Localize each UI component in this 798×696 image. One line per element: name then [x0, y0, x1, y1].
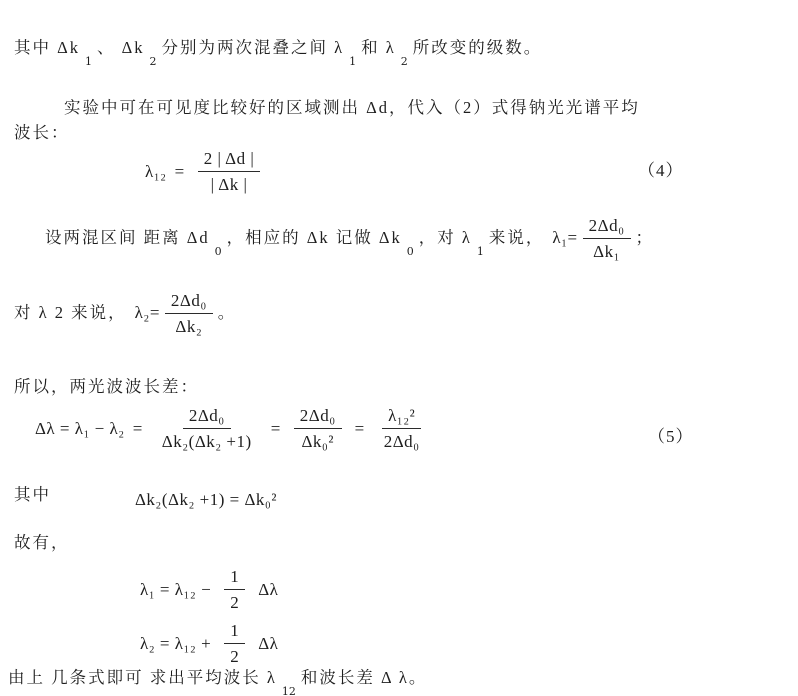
formula-4: λ₁₂ = 2 | Δd | | Δk |: [145, 148, 265, 196]
eq4-fraction: 2 | Δd | | Δk |: [198, 148, 261, 196]
p1-subscript-2: 2: [145, 50, 162, 74]
p4-text-1: 对 λ 2 来说，: [14, 303, 127, 322]
equation-tag-5: （5）: [648, 422, 694, 447]
paragraph-8: 由上 几条式即可 求出平均波长 λ12和波长差 Δ λ。: [8, 666, 427, 692]
eq5-fraction-3: λ₁₂² 2Δd₀: [378, 405, 426, 453]
p3-tail: ；: [636, 228, 655, 247]
paragraph-6-label: 其中: [14, 483, 51, 507]
eq5-denominator-3: 2Δd₀: [378, 429, 426, 453]
p8-text-2: 和波长差 Δ λ。: [301, 668, 427, 687]
p1-text-2: 、 Δk: [97, 38, 145, 57]
paragraph-4: 对 λ 2 来说，λ₂=2Δd₀Δk₂。: [14, 290, 236, 338]
p1-text-5: 所改变的级数。: [413, 38, 543, 57]
p8-subscript-1: 12: [277, 680, 301, 696]
eq7-numerator: 1: [224, 566, 245, 590]
p3-numerator: 2Δd₀: [583, 215, 631, 239]
eq5-fraction-2: 2Δd₀ Δk₀²: [294, 405, 342, 453]
equation-tag-4: （4）: [638, 156, 684, 181]
p1-subscript-3: 1: [344, 50, 361, 74]
eq4-denominator: | Δk |: [205, 172, 254, 196]
p3-subscript-2: 0: [402, 240, 419, 264]
paragraph-3: 设两混区间 距离 Δd0，相应的 Δk 记做 Δk0，对 λ1来说，λ₁=2Δd…: [45, 215, 654, 263]
formula-lambda1: λ₁ = λ₁₂ − 1 2 Δλ: [140, 566, 278, 614]
p3-text-1: 设两混区间 距离 Δd: [45, 228, 210, 247]
eq7-lhs: λ₁ = λ₁₂ −: [140, 580, 211, 600]
paragraph-1: 其中 Δk1、 Δk2分别为两次混叠之间 λ1和 λ2所改变的级数。: [14, 36, 542, 62]
eq8-denominator: 2: [224, 644, 245, 668]
paragraph-2-line-1: 实验中可在可见度比较好的区域测出 Δd，代入（2）式得钠光光谱平均: [64, 96, 640, 120]
eq5-denominator-1: Δk₂(Δk₂ +1): [156, 429, 258, 453]
p3-text-4: 来说，: [489, 228, 545, 247]
p3-formula-lhs: λ₁: [552, 228, 567, 247]
eq7-fraction: 1 2: [224, 566, 245, 614]
eq8-numerator: 1: [224, 620, 245, 644]
formula-lambda2: λ₂ = λ₁₂ + 1 2 Δλ: [140, 620, 278, 668]
eq7-tail: Δλ: [258, 580, 278, 600]
eq5-numerator-1: 2Δd₀: [183, 405, 231, 429]
p1-subscript-4: 2: [396, 50, 413, 74]
eq5-numerator-3: λ₁₂²: [382, 405, 421, 429]
p4-formula-equals: =: [150, 303, 160, 322]
p4-formula-lhs: λ₂: [135, 303, 150, 322]
p1-subscript-1: 1: [80, 50, 97, 74]
p3-denominator: Δk₁: [587, 239, 626, 263]
formula-5: Δλ = λ₁ − λ₂ = 2Δd₀ Δk₂(Δk₂ +1) = 2Δd₀ Δ…: [35, 405, 431, 453]
p3-formula-equals: =: [568, 228, 578, 247]
eq7-denominator: 2: [224, 590, 245, 614]
eq8-fraction: 1 2: [224, 620, 245, 668]
p3-text-3: ，对 λ: [419, 228, 472, 247]
eq4-numerator: 2 | Δd |: [198, 148, 261, 172]
p3-fraction: 2Δd₀Δk₁: [583, 215, 631, 263]
paragraph-2-line-2: 波长：: [14, 121, 70, 145]
p3-subscript-3: 1: [472, 240, 489, 264]
p1-text-1: 其中 Δk: [14, 38, 80, 57]
eq8-lhs: λ₂ = λ₁₂ +: [140, 634, 211, 654]
p1-text-3: 分别为两次混叠之间 λ: [162, 38, 345, 57]
p3-subscript-1: 0: [210, 240, 227, 264]
eq5-equals-1: =: [133, 419, 143, 439]
eq5-denominator-2: Δk₀²: [295, 429, 339, 453]
p4-fraction: 2Δd₀Δk₂: [165, 290, 213, 338]
eq8-tail: Δλ: [258, 634, 278, 654]
p3-text-2: ，相应的 Δk 记做 Δk: [227, 228, 402, 247]
p8-text-1: 由上 几条式即可 求出平均波长 λ: [8, 668, 277, 687]
eq5-equals-3: =: [355, 419, 365, 439]
p1-text-4: 和 λ: [361, 38, 396, 57]
eq5-lhs: Δλ = λ₁ − λ₂: [35, 419, 125, 439]
eq4-lhs: λ₁₂: [145, 162, 167, 182]
p4-denominator: Δk₂: [169, 314, 208, 338]
paragraph-5: 所以，两光波波长差：: [14, 375, 199, 399]
eq5-equals-2: =: [271, 419, 281, 439]
p4-tail: 。: [218, 303, 237, 322]
eq5-fraction-1: 2Δd₀ Δk₂(Δk₂ +1): [156, 405, 258, 453]
document-page: 其中 Δk1、 Δk2分别为两次混叠之间 λ1和 λ2所改变的级数。 实验中可在…: [0, 0, 798, 696]
formula-6: Δk₂(Δk₂ +1) = Δk₀²: [135, 490, 277, 510]
eq4-equals: =: [175, 162, 185, 182]
eq5-numerator-2: 2Δd₀: [294, 405, 342, 429]
paragraph-7: 故有，: [14, 531, 70, 555]
p4-numerator: 2Δd₀: [165, 290, 213, 314]
